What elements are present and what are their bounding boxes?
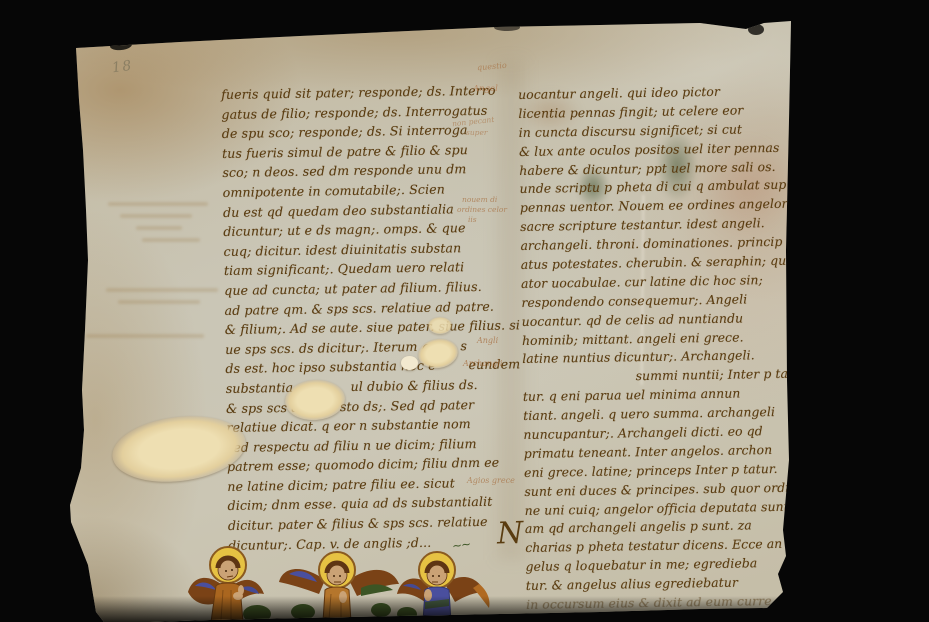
marginal-note: Agios grece: [467, 476, 515, 485]
marginal-note: Angel: [473, 84, 498, 94]
parchment-leaf: 18 fueris quid sit pater; responde; ds. …: [0, 0, 929, 622]
parchment-hole-patch: [401, 356, 418, 370]
manuscript-photo: 18 fueris quid sit pater; responde; ds. …: [0, 0, 929, 622]
marginal-note: iis: [468, 215, 477, 224]
faded-gloss-mark: [118, 300, 200, 304]
faded-gloss-mark: [106, 288, 218, 292]
text-column-right: uocantur angeli. qui ideo pictorlicentia…: [518, 81, 814, 614]
faded-gloss-mark: [108, 202, 208, 206]
faded-gloss-mark: [86, 334, 204, 338]
faded-gloss-mark: [136, 226, 182, 230]
faded-gloss-mark: [120, 214, 192, 218]
parchment-hole-patch: [782, 561, 793, 574]
marginal-note: ordines celor: [457, 205, 507, 214]
faded-gloss-mark: [142, 238, 200, 242]
marginal-note: super: [466, 128, 488, 137]
marginal-note: nouem di: [462, 195, 497, 204]
edge-tear: [110, 40, 133, 51]
marginal-note: Archangli: [463, 359, 502, 368]
folio-number: 18: [111, 58, 134, 77]
photo-edge-shadow: [0, 596, 929, 622]
edge-tear: [494, 24, 520, 31]
edge-tear: [748, 24, 764, 35]
parchment-hole-patch: [428, 317, 452, 334]
marginal-note: Angli: [477, 336, 498, 345]
